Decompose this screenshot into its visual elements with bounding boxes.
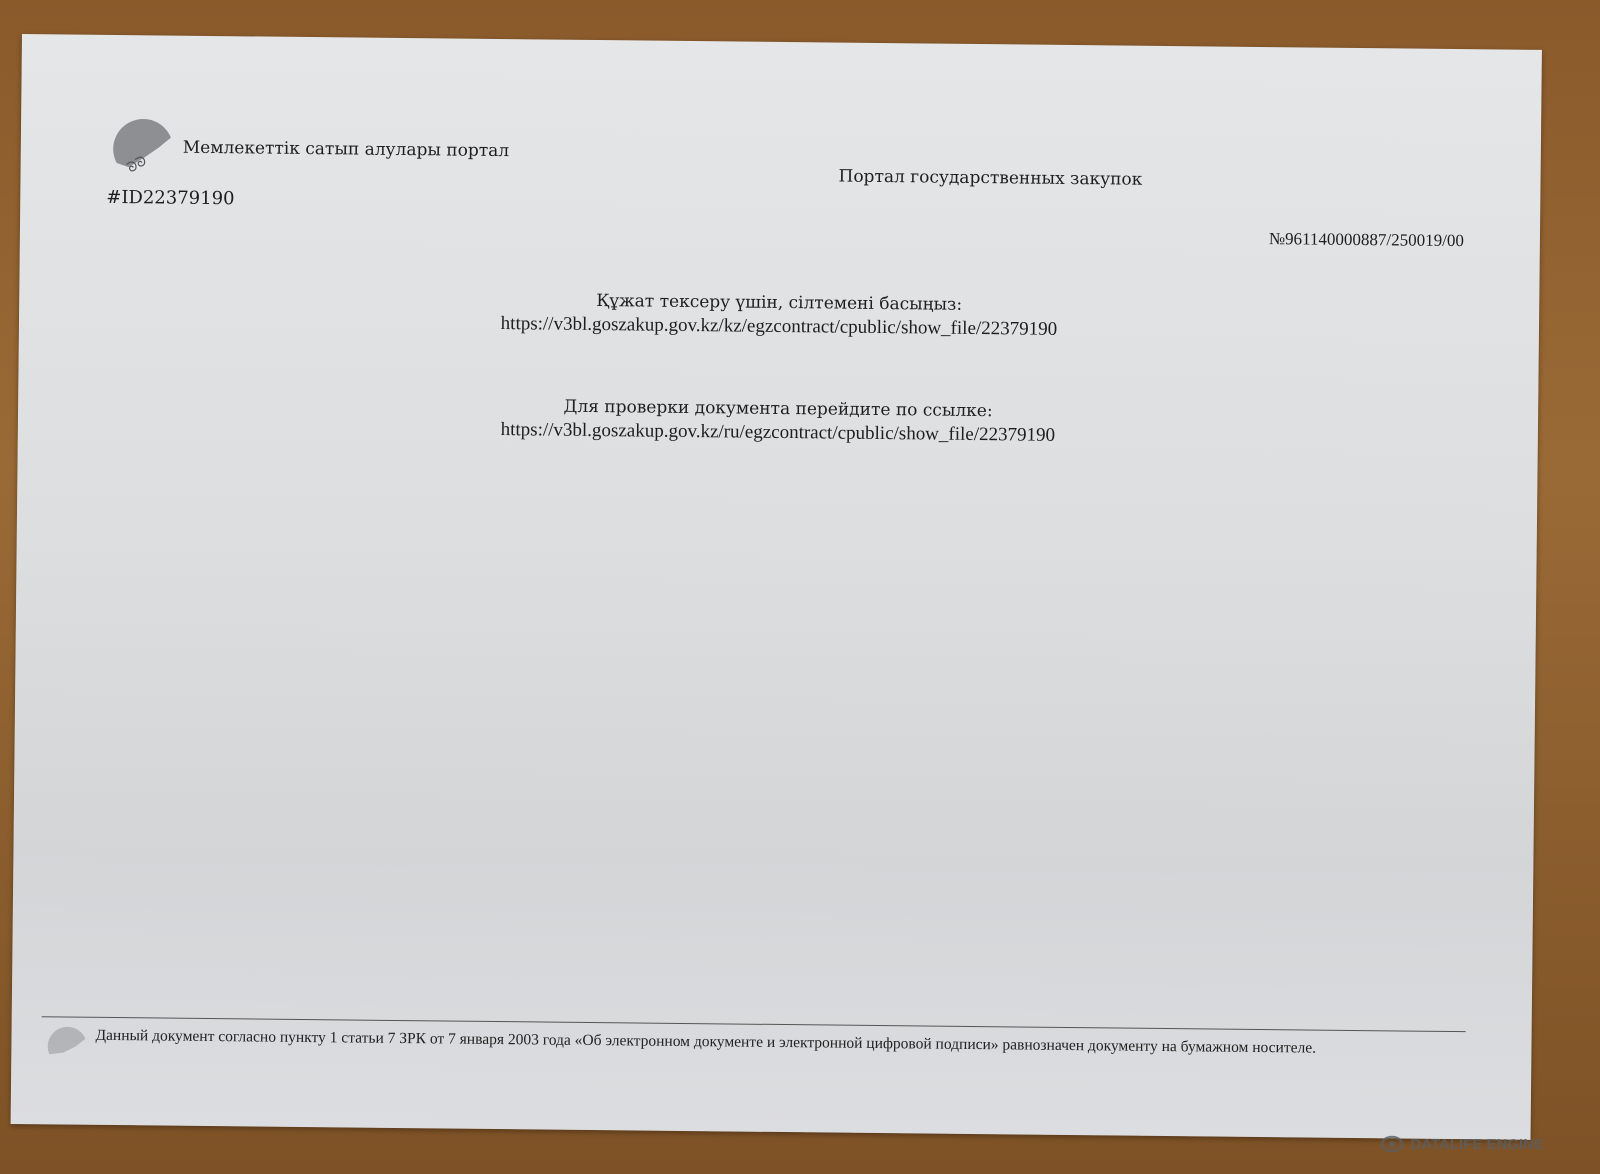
- document-id: #ID22379190: [106, 187, 234, 209]
- verification-block-ru: Для проверки документа перейдите по ссыл…: [18, 390, 1538, 452]
- watermark: DATALIFE ENGINE: [1380, 1134, 1544, 1154]
- footer-logo-icon: [45, 1022, 89, 1062]
- printed-document: ᘐᘐ Мемлекеттік сатып алулары портал #ID2…: [11, 34, 1542, 1140]
- portal-logo-icon: ᘐᘐ: [109, 113, 176, 176]
- legal-notice: Данный документ согласно пункту 1 статьи…: [95, 1025, 1465, 1060]
- contract-number: №961140000887/250019/00: [1269, 229, 1464, 251]
- portal-title-kz: Мемлекеттік сатып алулары портал: [183, 138, 510, 161]
- portal-title-ru: Портал государственных закупок: [838, 167, 1142, 190]
- watermark-label: DATALIFE ENGINE: [1410, 1136, 1544, 1153]
- eye-logo-icon: [1380, 1134, 1404, 1154]
- verification-block-kz: Құжат тексеру үшін, сілтемені басыңыз: h…: [19, 284, 1539, 346]
